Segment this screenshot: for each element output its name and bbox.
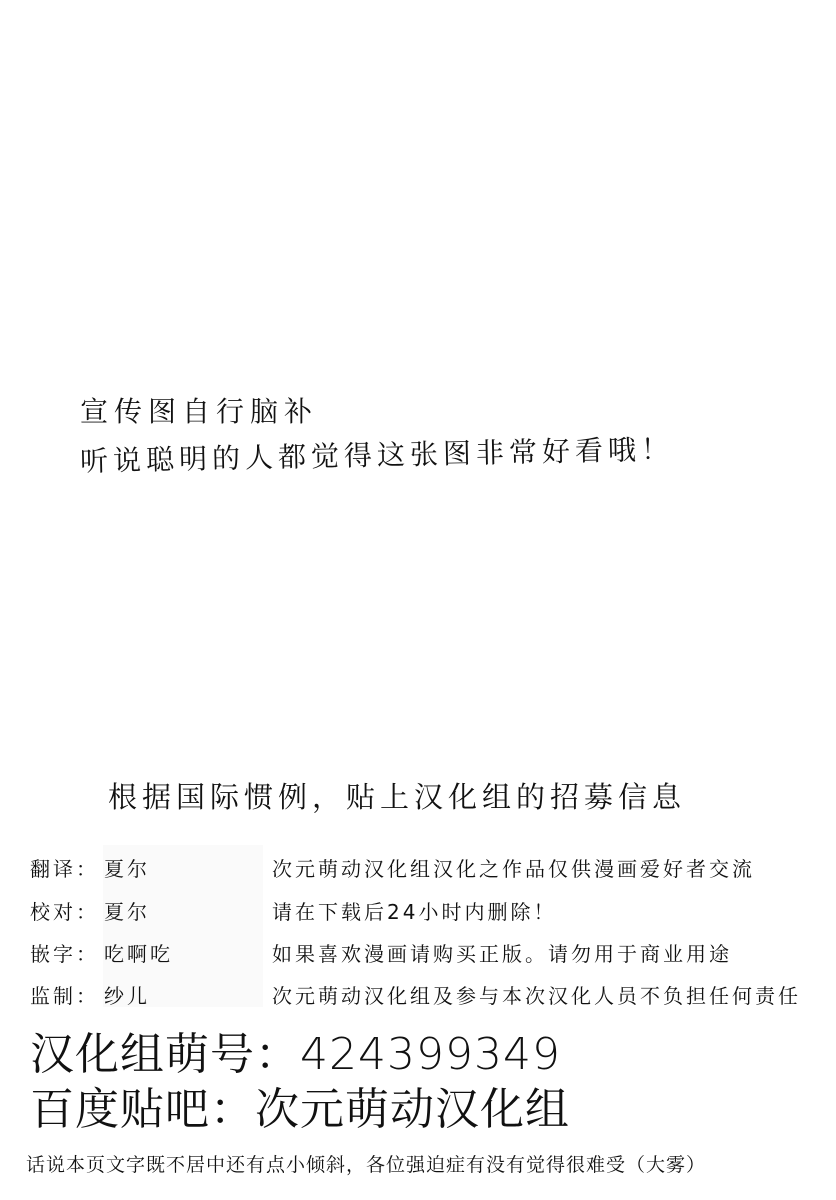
credit-typesetting: 嵌字：吃啊吃 (30, 938, 173, 967)
credit-role: 监制： (30, 980, 104, 1009)
credit-name: 纱儿 (104, 980, 150, 1009)
notice-item: 如果喜欢漫画请购买正版。请勿用于商业用途 (272, 938, 732, 967)
promo-line-1: 宣传图自行脑补 (80, 390, 318, 430)
credit-role: 翻译： (30, 853, 104, 882)
recruit-title: 根据国际惯例，贴上汉化组的招募信息 (108, 775, 686, 816)
credit-role: 嵌字： (30, 938, 104, 967)
baidu-tieba: 百度贴吧：次元萌动汉化组 (30, 1073, 570, 1137)
notice-item: 请在下载后24小时内删除！ (272, 896, 556, 925)
credit-name: 吃啊吃 (104, 938, 173, 967)
credit-supervision: 监制：纱儿 (30, 980, 150, 1009)
credit-proofreading: 校对：夏尔 (30, 896, 150, 925)
credit-role: 校对： (30, 896, 104, 925)
footnote: 话说本页文字既不居中还有点小倾斜，各位强迫症有没有觉得很难受（大雾） (26, 1150, 706, 1177)
promo-line-2: 听说聪明的人都觉得这张图非常好看哦！ (80, 428, 675, 480)
credit-name: 夏尔 (104, 853, 150, 882)
notice-item: 次元萌动汉化组汉化之作品仅供漫画爱好者交流 (272, 853, 755, 882)
credit-name: 夏尔 (104, 896, 150, 925)
notice-item: 次元萌动汉化组及参与本次汉化人员不负担任何责任 (272, 980, 801, 1009)
credit-translation: 翻译：夏尔 (30, 853, 150, 882)
